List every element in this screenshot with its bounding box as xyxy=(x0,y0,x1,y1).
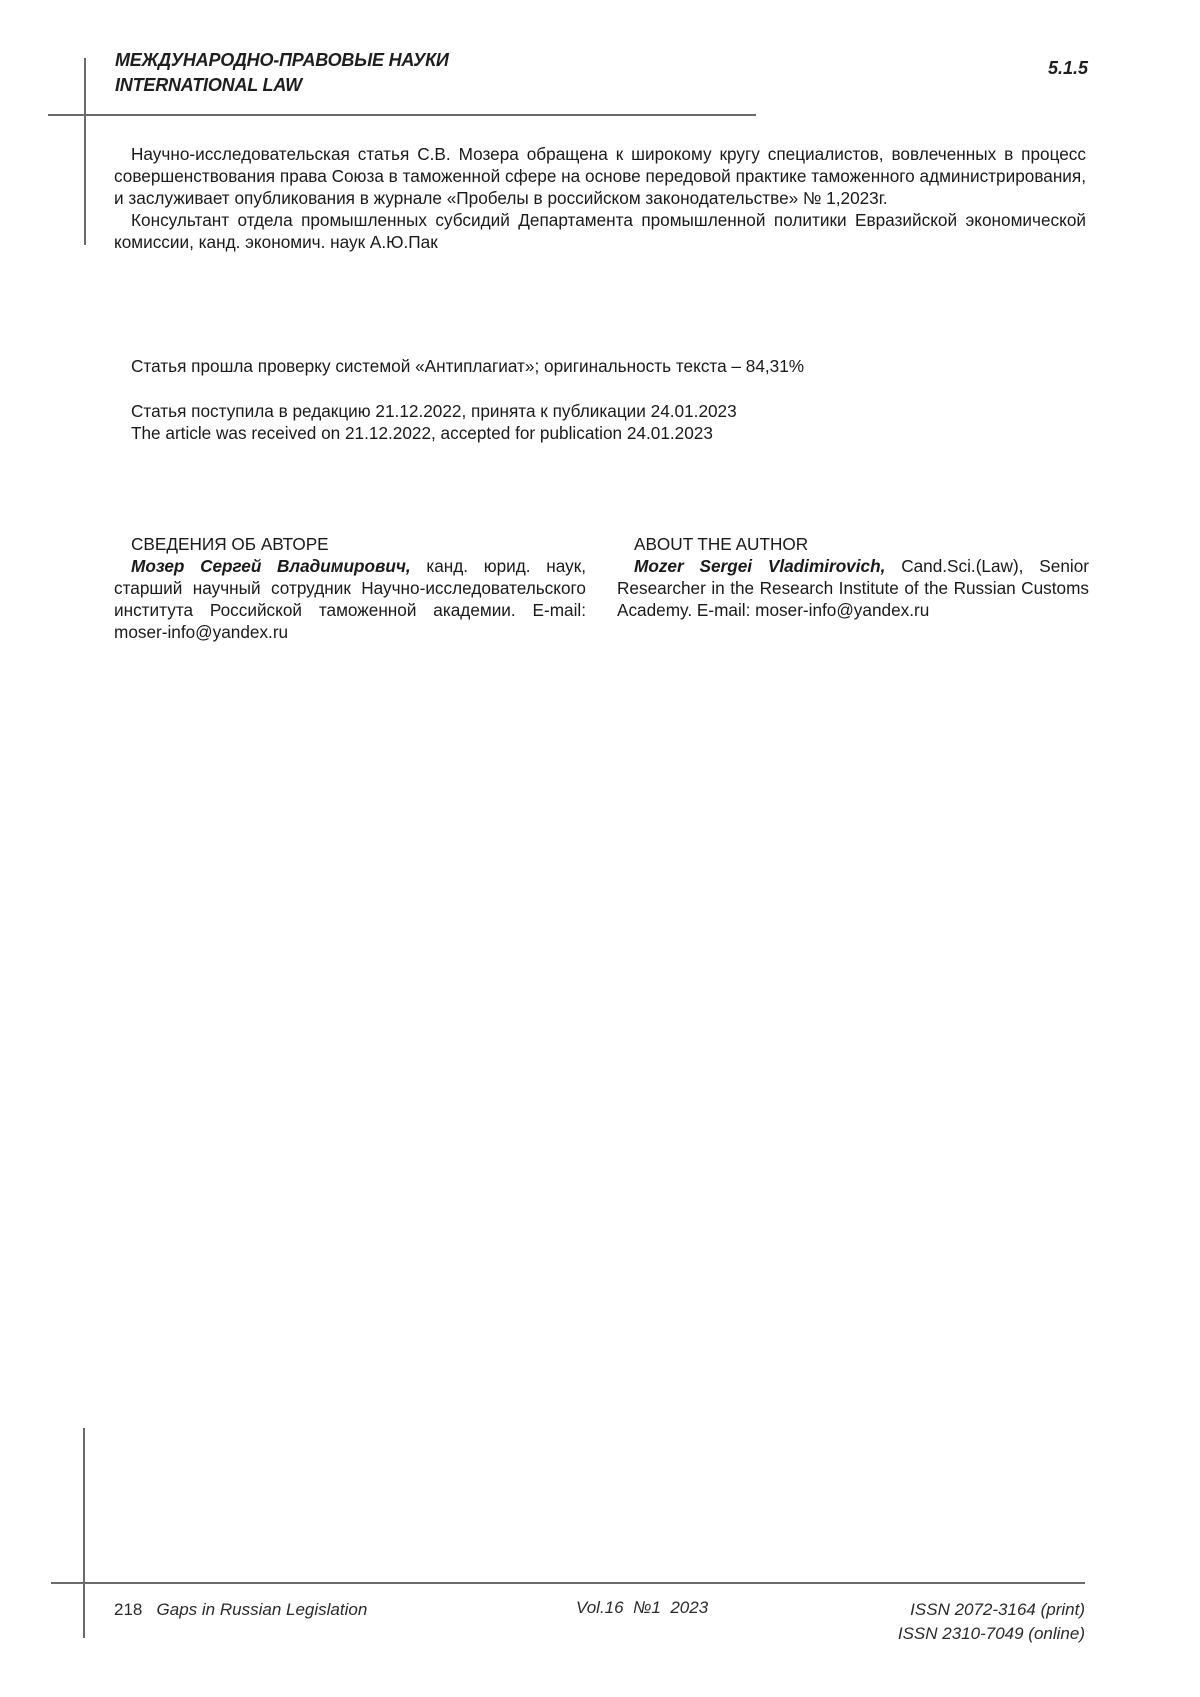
issue-info: Vol.16 №1 2023 xyxy=(576,1598,708,1618)
specialty-code: 5.1.5 xyxy=(1048,58,1088,79)
author-heading-ru: СВЕДЕНИЯ ОБ АВТОРЕ xyxy=(114,533,586,555)
received-note-en: The article was received on 21.12.2022, … xyxy=(131,422,713,444)
footer-horizontal-rule xyxy=(51,1582,1085,1584)
author-name-ru: Мозер Сергей Владимирович, xyxy=(131,556,411,576)
author-bio-en: Mozer Sergei Vladimirovich, Cand.Sci.(La… xyxy=(617,555,1089,621)
review-text: Научно-исследовательская статья С.В. Моз… xyxy=(114,143,1086,253)
antiplagiat-note: Статья прошла проверку системой «Антипла… xyxy=(131,355,804,377)
running-header: МЕЖДУНАРОДНО-ПРАВОВЫЕ НАУКИ INTERNATIONA… xyxy=(115,48,449,98)
author-info-en: ABOUT THE AUTHOR Mozer Sergei Vladimirov… xyxy=(617,533,1089,621)
author-heading-en: ABOUT THE AUTHOR xyxy=(617,533,1089,555)
header-vertical-rule xyxy=(84,58,86,245)
reviewer-signature: Консультант отдела промышленных субсидий… xyxy=(114,209,1086,253)
issn-online: ISSN 2310-7049 (online) xyxy=(898,1622,1085,1646)
journal-title: Gaps in Russian Legislation xyxy=(157,1600,368,1619)
footer-left: 218 Gaps in Russian Legislation xyxy=(114,1600,367,1620)
author-info-ru: СВЕДЕНИЯ ОБ АВТОРЕ Мозер Сергей Владимир… xyxy=(114,533,586,643)
review-paragraph: Научно-исследовательская статья С.В. Моз… xyxy=(114,143,1086,209)
author-name-en: Mozer Sergei Vladimirovich, xyxy=(634,556,885,576)
section-title-ru: МЕЖДУНАРОДНО-ПРАВОВЫЕ НАУКИ xyxy=(115,48,449,73)
received-note-ru: Статья поступила в редакцию 21.12.2022, … xyxy=(131,400,737,422)
footer-vertical-rule xyxy=(83,1428,85,1638)
page-number: 218 xyxy=(114,1600,142,1619)
header-horizontal-rule xyxy=(48,114,756,116)
issn-block: ISSN 2072-3164 (print) ISSN 2310-7049 (o… xyxy=(898,1598,1085,1646)
author-bio-ru: Мозер Сергей Владимирович, канд. юрид. н… xyxy=(114,555,586,643)
issn-print: ISSN 2072-3164 (print) xyxy=(898,1598,1085,1622)
section-title-en: INTERNATIONAL LAW xyxy=(115,73,449,98)
